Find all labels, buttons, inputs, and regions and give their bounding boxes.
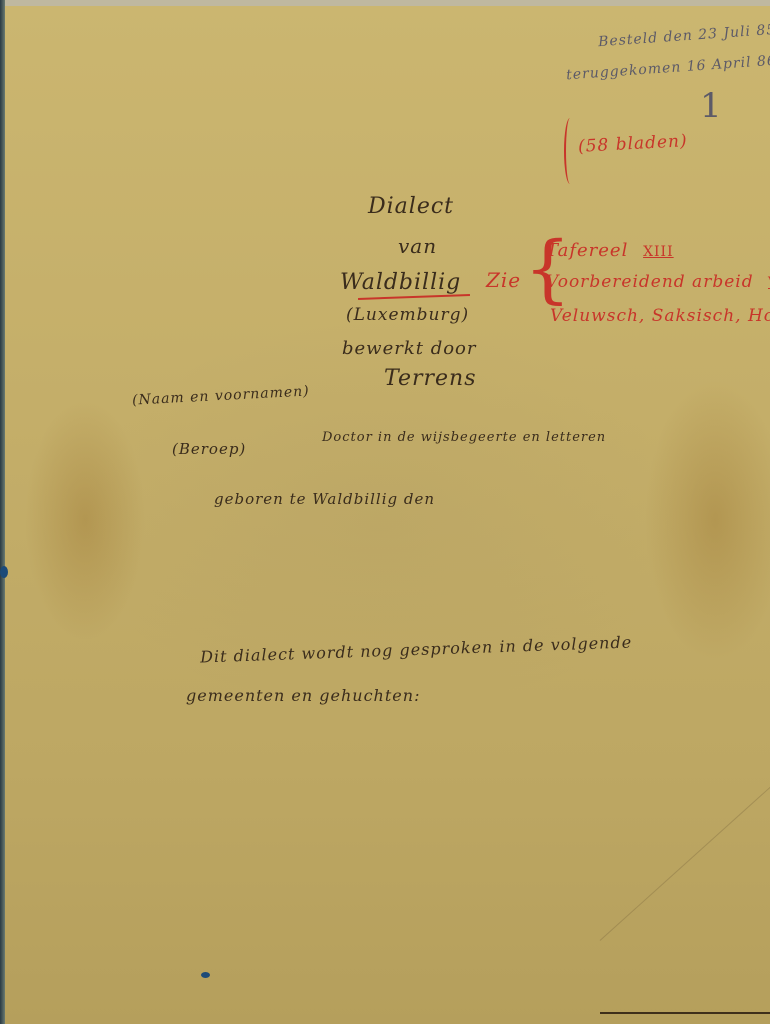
cross-reference-text: Voorbereidend arbeid (546, 272, 754, 292)
sheet-count: (58 bladen) (578, 131, 689, 157)
cross-reference-item: Voorbereidend arbeid VIII (546, 272, 770, 292)
paper-crease (600, 780, 770, 941)
paper-tear-line (600, 1012, 770, 1014)
profession-value: Doctor in de wijsbegeerte en letteren (322, 430, 606, 445)
title-region: (Luxemburg) (346, 305, 469, 325)
document-page: Besteld den 23 Juli 85 teruggekomen 16 A… (0, 0, 770, 1024)
cross-reference-text: Tafereel (546, 240, 628, 261)
paper-top-edge (5, 0, 770, 6)
birth-line: geboren te Waldbillig den (214, 490, 435, 508)
municipalities-text: gemeenten en gehuchten: (186, 686, 420, 705)
ink-stain (0, 566, 8, 578)
dialect-spoken-text: Dit dialect wordt nog gesproken in de vo… (200, 632, 633, 666)
name-label: (Naam en voornamen) (132, 383, 310, 408)
cross-reference-text: Veluwsch, Saksisch, Hoogd. (550, 306, 770, 326)
cross-reference-item: Tafereel XIII (546, 240, 674, 261)
binding-spine (0, 0, 5, 1024)
title-dialect: Dialect (368, 194, 454, 219)
returned-date-note: teruggekomen 16 April 86 (566, 53, 770, 84)
see-label: Zie (486, 268, 521, 292)
ordered-date-note: Besteld den 23 Juli 85 (598, 22, 770, 50)
title-place: Waldbillig (340, 270, 461, 295)
page-number: 1 (700, 86, 723, 126)
cross-reference-numeral: XIII (643, 244, 674, 260)
profession-label: (Beroep) (172, 440, 246, 458)
ink-stain (201, 972, 210, 978)
cross-reference-item: Veluwsch, Saksisch, Hoogd. (550, 306, 770, 326)
title-worked-by: bewerkt door (342, 338, 477, 359)
sheet-count-bracket (564, 118, 576, 184)
name-value: Terrens (384, 366, 477, 391)
title-van: van (398, 234, 437, 258)
